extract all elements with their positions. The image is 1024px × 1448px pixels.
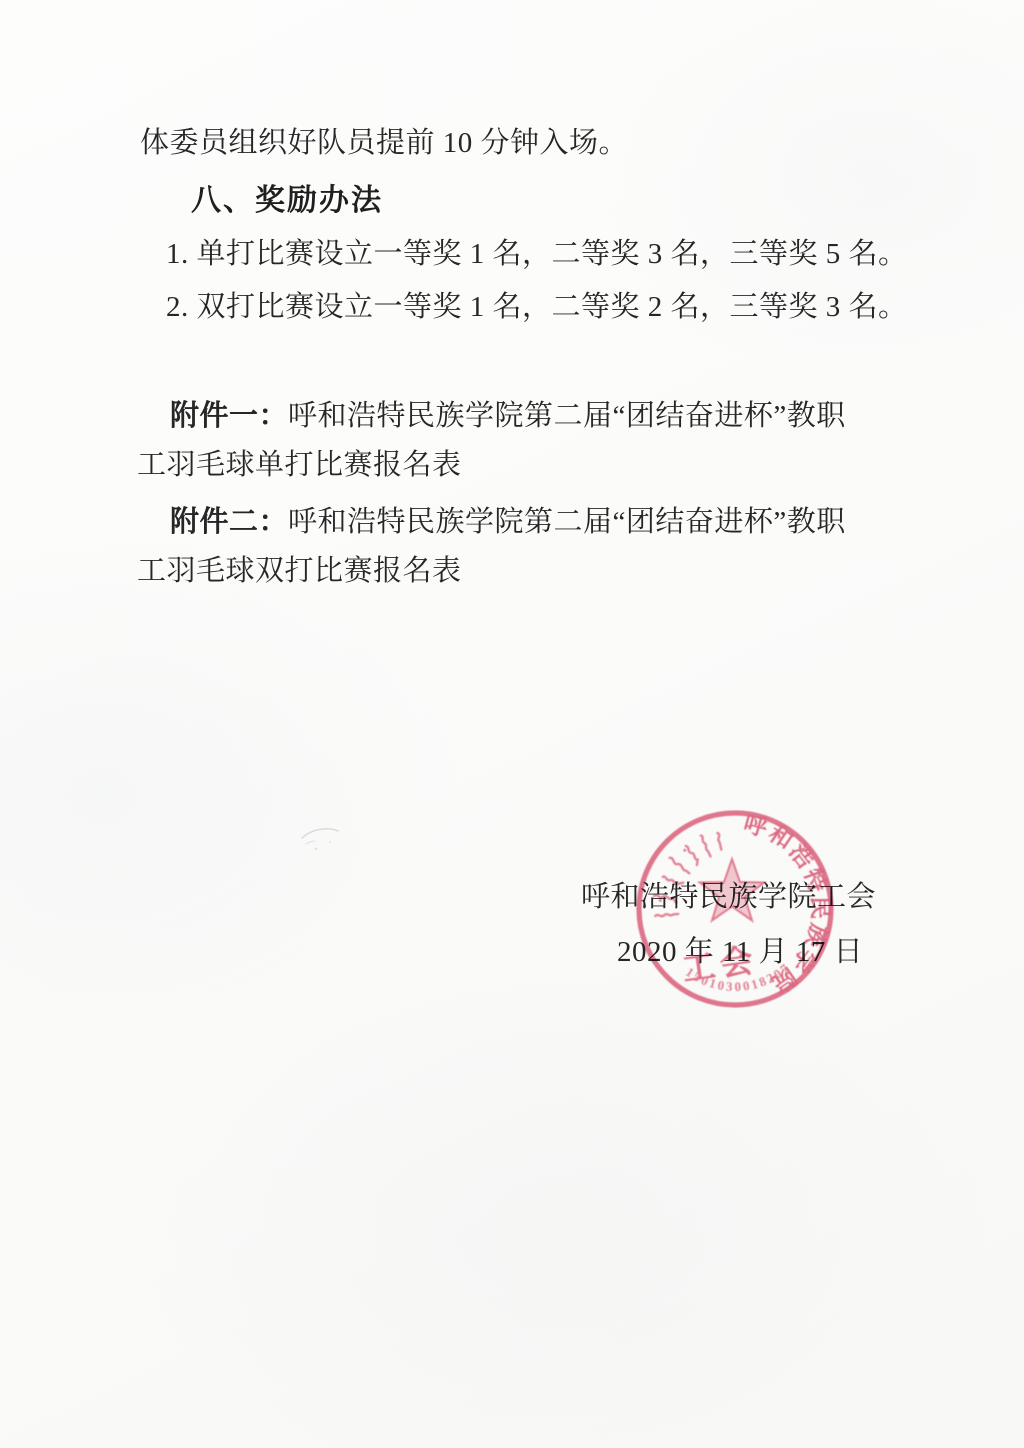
paragraph-intro-line: 体委员组织好队员提前 10 分钟入场。 [140,128,628,160]
list-item-2: 2. 双打比赛设立一等奖 1 名，二等奖 2 名，三等奖 3 名。 [166,292,908,324]
attachment-1-text: 呼和浩特民族学院第二届“团结奋进杯”教职 [288,400,846,432]
scan-smudge-mark [296,818,344,854]
list-item-1: 1. 单打比赛设立一等奖 1 名，二等奖 3 名，三等奖 5 名。 [166,239,908,271]
section-heading: 八、奖励办法 [191,184,383,217]
attachment-1-line-1: 附件一：呼和浩特民族学院第二届“团结奋进杯”教职 [170,401,846,433]
attachment-2-label: 附件二： [170,506,288,538]
attachment-2-text: 呼和浩特民族学院第二届“团结奋进杯”教职 [288,506,846,538]
seal-star-icon [700,859,765,921]
attachment-1-label: 附件一： [170,400,288,432]
official-red-seal: 呼和浩特民族学院 工会 1501030018207 [630,804,842,1016]
attachment-2-line-2: 工羽毛球双打比赛报名表 [137,556,462,588]
scanned-document-page: 体委员组织好队员提前 10 分钟入场。 八、奖励办法 1. 单打比赛设立一等奖 … [0,0,1024,1448]
attachment-1-line-2: 工羽毛球单打比赛报名表 [137,450,462,482]
attachment-2-line-1: 附件二：呼和浩特民族学院第二届“团结奋进杯”教职 [170,507,846,539]
